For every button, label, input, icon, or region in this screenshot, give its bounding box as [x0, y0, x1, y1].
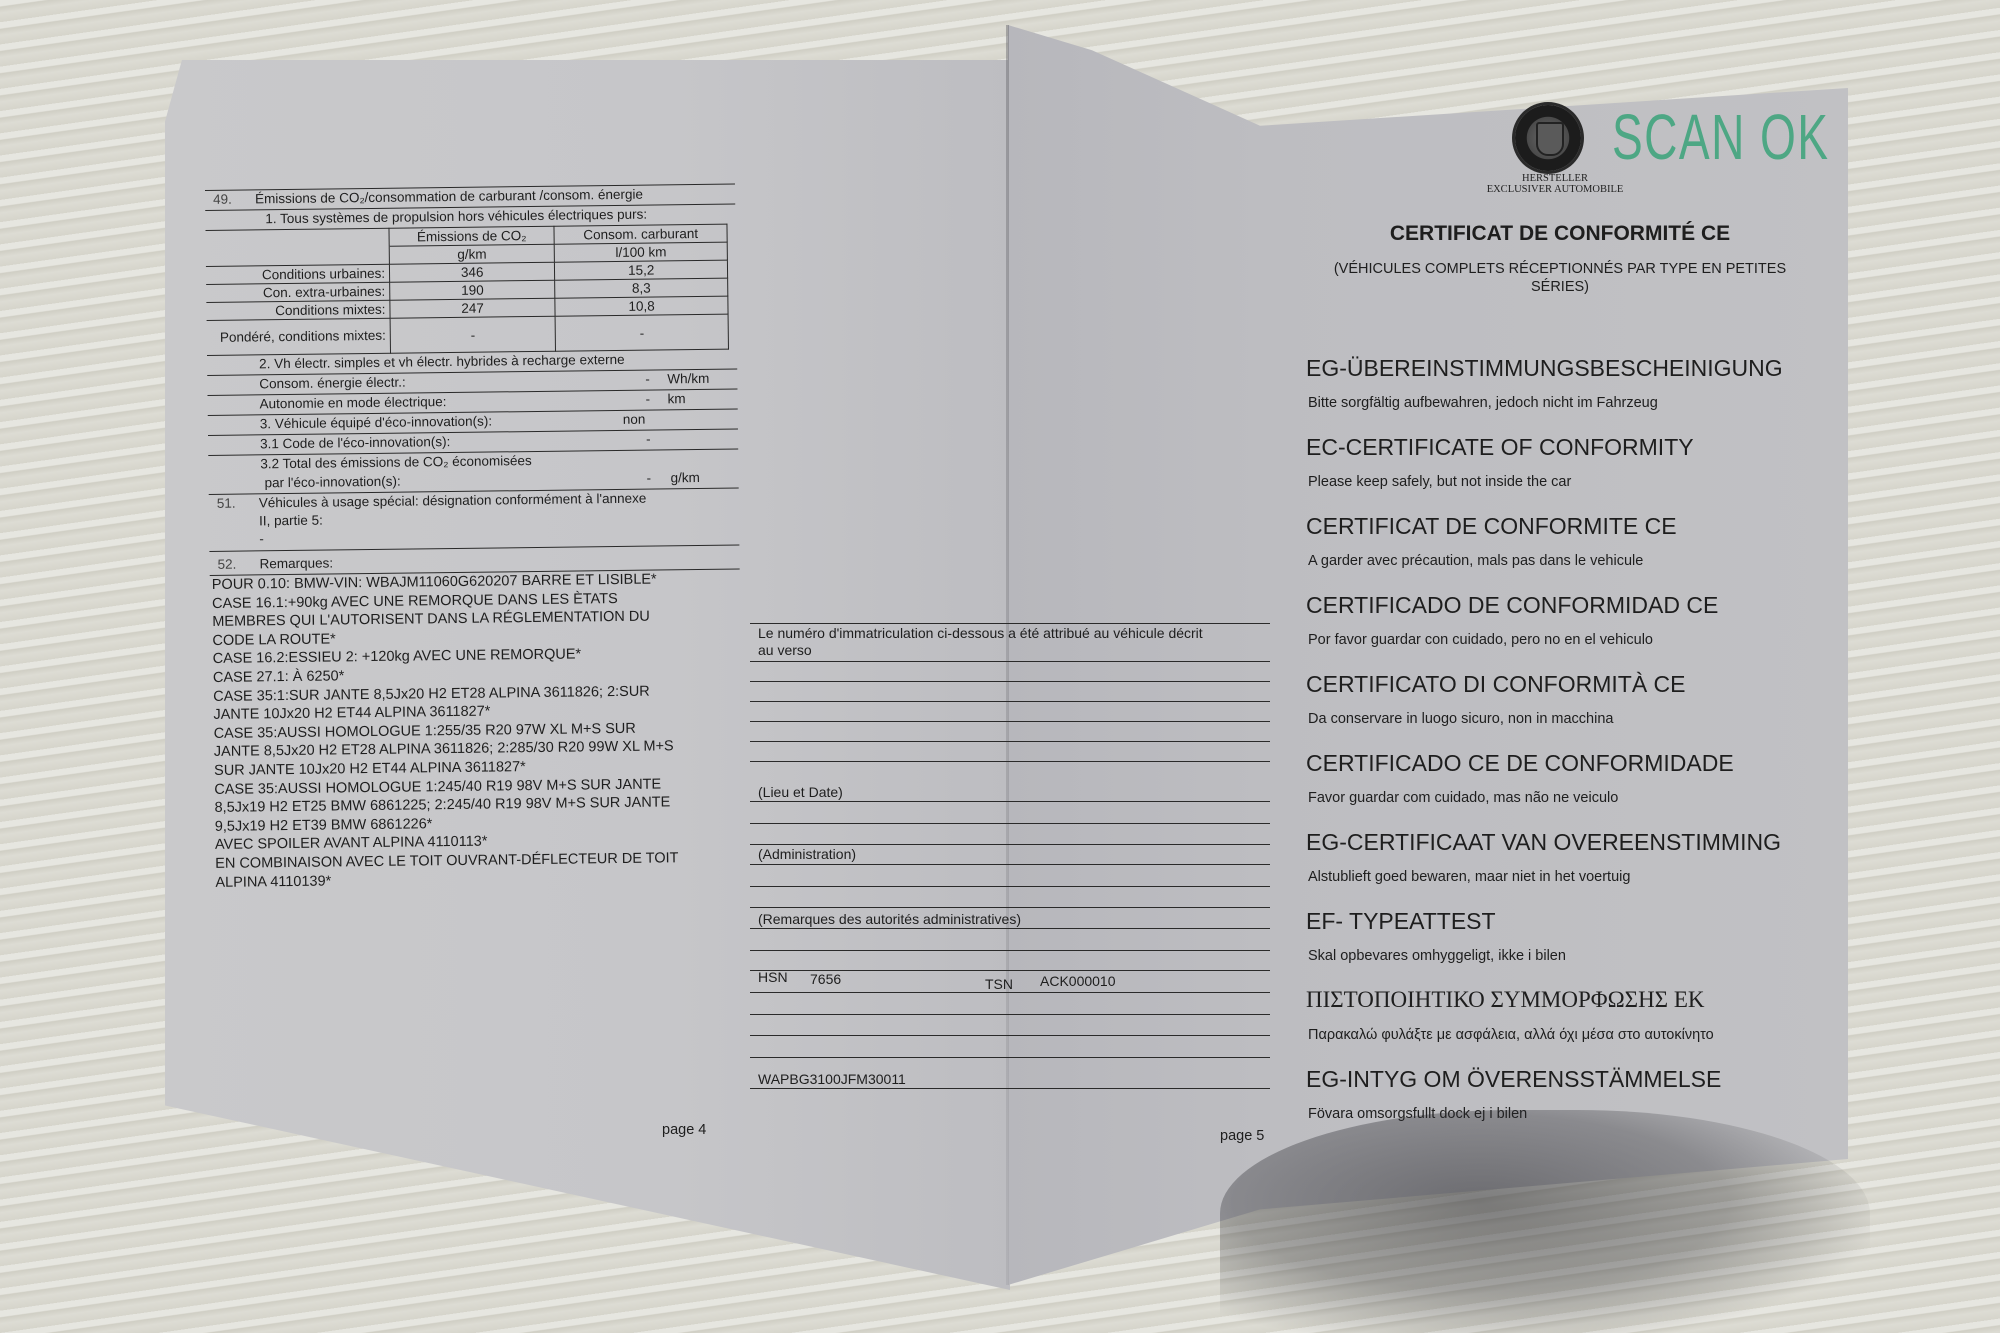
language-heading: ΠΙΣΤΟΠΟΙΗΤΙΚΟ ΣΥΜΜΟΡΦΩΣΗΣ ΕΚ — [1306, 987, 1704, 1013]
place-date-label: (Lieu et Date) — [758, 783, 843, 801]
remarks-authorities-label: (Remarques des autorités administratives… — [758, 910, 1021, 928]
fuel-value: 15,2 — [555, 260, 728, 280]
language-heading: CERTIFICADO CE DE CONFORMIDADE — [1306, 750, 1734, 777]
table-row: Pondéré, conditions mixtes: - - — [207, 314, 729, 355]
maker-label: HERSTELLER EXCLUSIVER AUTOMOBILE — [1470, 173, 1640, 195]
language-note: A garder avec précaution, mals pas dans … — [1308, 553, 1643, 569]
section-title: Véhicules à usage spécial: désignation c… — [259, 490, 647, 513]
co2-value: 247 — [390, 298, 556, 318]
vin-value: WAPBG3100JFM30011 — [758, 1070, 906, 1088]
language-note: Skal opbevares omhyggeligt, ikke i bilen — [1308, 948, 1566, 964]
section-number: 52. — [217, 556, 236, 574]
row-label: Con. extra-urbaines: — [206, 282, 390, 302]
co2-value: - — [390, 316, 556, 353]
language-note: Bitte sorgfältig aufbewahren, jedoch nic… — [1308, 395, 1658, 411]
row-label: Conditions mixtes: — [206, 300, 390, 320]
language-note: Da conservare in luogo sicuro, non in ma… — [1308, 711, 1613, 727]
subtitle-propulsion: 1. Tous systèmes de propulsion hors véhi… — [265, 206, 647, 229]
section-title: Émissions de CO₂/consommation de carbura… — [255, 186, 643, 209]
co2-table: Émissions de CO₂ Consom. carburant g/km … — [205, 224, 729, 356]
remarks-list: POUR 0.10: BMW-VIN: WBAJM11060G620207 BA… — [210, 569, 744, 892]
language-heading: EG-ÜBEREINSTIMMUNGSBESCHEINIGUNG — [1306, 355, 1783, 382]
language-heading: EF- TYPEATTEST — [1306, 908, 1496, 935]
section-number: 51. — [217, 495, 236, 513]
field-unit: Wh/km — [667, 370, 709, 389]
language-heading: EC-CERTIFICATE OF CONFORMITY — [1306, 434, 1694, 461]
field-value: non — [623, 411, 646, 429]
maker-line-2: EXCLUSIVER AUTOMOBILE — [1470, 184, 1640, 195]
hand-shadow — [1220, 1110, 1870, 1333]
registration-intro: Le numéro d'immatriculation ci-dessous a… — [758, 624, 1203, 642]
field-label: 3.2 Total des émissions de CO₂ économisé… — [260, 452, 532, 473]
co2-header: Émissions de CO₂ — [389, 226, 555, 246]
language-note: Alstublieft goed bewaren, maar niet in h… — [1308, 869, 1630, 885]
fuel-unit: l/100 km — [555, 242, 728, 262]
language-note: Please keep safely, but not inside the c… — [1308, 474, 1571, 490]
subtitle-electric: 2. Vh électr. simples et vh électr. hybr… — [259, 351, 625, 373]
language-heading: CERTIFICAT DE CONFORMITE CE — [1306, 513, 1677, 540]
co2-value: 346 — [389, 262, 555, 282]
field-unit: g/km — [670, 469, 699, 487]
hsn-label: HSN — [758, 968, 788, 986]
field-value: - — [646, 431, 651, 449]
tsn-label: TSN — [985, 975, 1013, 993]
left-page-content: 49. Émissions de CO₂/consommation de car… — [205, 184, 744, 893]
fuel-value: 10,8 — [555, 296, 728, 316]
maker-line-1: HERSTELLER — [1470, 173, 1640, 184]
certificate-title: CERTIFICAT DE CONFORMITÉ CE — [1320, 222, 1800, 246]
field-label-cont: par l'éco-innovation(s): — [264, 473, 400, 493]
center-fold — [1006, 25, 1009, 1285]
fuel-header: Consom. carburant — [554, 224, 727, 244]
field-value: - — [645, 371, 650, 389]
registration-intro-cont: au verso — [758, 641, 812, 659]
section-number: 49. — [213, 191, 232, 209]
section-title: Remarques: — [259, 554, 333, 573]
language-note: Παρακαλώ φυλάξτε με ασφάλεια, αλλά όχι μ… — [1308, 1027, 1714, 1043]
tsn-value: ACK000010 — [1040, 972, 1116, 990]
page-number-left: page 4 — [662, 1122, 706, 1138]
field-label: 3.1 Code de l'éco-innovation(s): — [260, 433, 450, 453]
field-label: Consom. énergie électr.: — [259, 374, 406, 394]
row-label: Conditions urbaines: — [206, 264, 390, 284]
language-heading: EG-INTYG OM ÖVERENSSTÄMMELSE — [1306, 1066, 1721, 1093]
certificate-subtitle: (VÉHICULES COMPLETS RÉCEPTIONNÉS PAR TYP… — [1320, 260, 1800, 296]
field-label: Autonomie en mode électrique: — [260, 393, 447, 413]
section-51: 51. Véhicules à usage spécial: désignati… — [209, 489, 740, 552]
alpina-shield-icon — [1536, 122, 1564, 156]
row-label: Pondéré, conditions mixtes: — [207, 318, 391, 355]
language-heading: CERTIFICATO DI CONFORMITÀ CE — [1306, 671, 1686, 698]
co2-value: 190 — [390, 280, 556, 300]
language-note: Por favor guardar con cuidado, pero no e… — [1308, 632, 1653, 648]
field-label: 3. Véhicule équipé d'éco-innovation(s): — [260, 413, 492, 434]
fuel-value: 8,3 — [555, 278, 728, 298]
field-value: - — [646, 470, 651, 488]
field-unit: km — [667, 390, 685, 408]
fuel-value: - — [555, 314, 728, 351]
right-page-sheet — [1008, 25, 1848, 1285]
section-title-cont: II, partie 5: — [259, 512, 323, 531]
co2-unit: g/km — [389, 244, 555, 264]
field-value: - — [645, 391, 650, 409]
eco-total-row: 3.2 Total des émissions de CO₂ économisé… — [208, 450, 738, 495]
hsn-value: 7656 — [810, 970, 841, 988]
language-heading: CERTIFICADO DE CONFORMIDAD CE — [1306, 592, 1718, 619]
page-number-right: page 5 — [1220, 1128, 1264, 1144]
administration-label: (Administration) — [758, 845, 856, 863]
language-note: Favor guardar com cuidado, mas não ne ve… — [1308, 790, 1618, 806]
language-heading: EG-CERTIFICAAT VAN OVEREENSTIMMING — [1306, 829, 1781, 856]
scan-ok-stamp: SCAN OK — [1612, 100, 1829, 174]
section-value: - — [259, 530, 264, 548]
